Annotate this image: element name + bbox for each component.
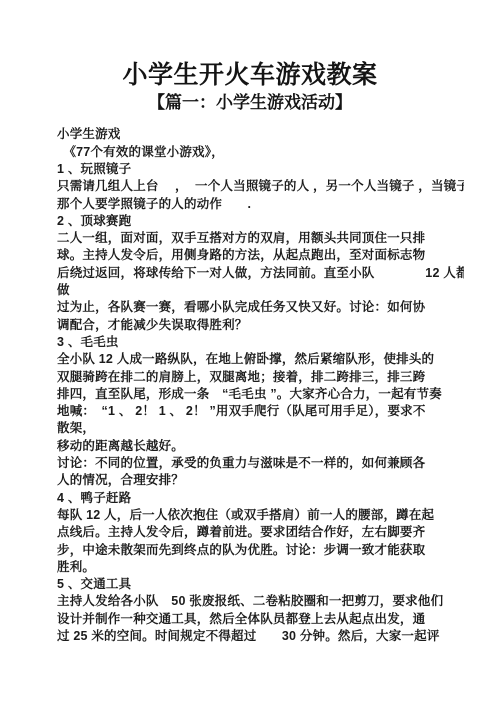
text-line: 过为止，各队赛一赛，看哪小队完成任务又快又好。讨论：如何协	[57, 299, 464, 316]
text-line: 只需请几组人上台 ， 一个人当照镜子的人 ，另一个人当镜子 ，当镜子的	[57, 178, 464, 195]
text-line: 主持人发给各小队 50 张废报纸、二卷粘胶圈和一把剪刀，要求他们	[57, 593, 464, 610]
page-subtitle: 【篇一：小学生游戏活动】	[0, 93, 500, 113]
text-line: 那个人要学照镜子的人的动作 .	[57, 196, 464, 213]
text-line: 后绕过返回，将球传给下一对人做，方法同前。直至小队 12 人都	[57, 265, 464, 282]
text-line: 3 、毛毛虫	[57, 334, 464, 351]
text-line: 全小队 12 人成一路纵队，在地上俯卧撑，然后紧缩队形，使排头的	[57, 351, 464, 368]
text-line: 5 、交通工具	[57, 576, 464, 593]
text-line: 做	[57, 282, 464, 299]
text-line: 排四，直至队尾，形成一条 “毛毛虫 ”。大家齐心合力，一起有节奏	[57, 386, 464, 403]
text-line: 地喊： “1 、 2！ 1 、 2！ ”用双手爬行（队尾可用手足），要求不	[57, 403, 464, 420]
text-line: 双腿骑跨在排二的肩膀上，双腿离地；接着，排二跨排三，排三跨	[57, 369, 464, 386]
document-page: 小学生开火车游戏教案 【篇一：小学生游戏活动】 小学生游戏 《77个有效的课堂小…	[0, 0, 500, 708]
page-title: 小学生开火车游戏教案	[0, 0, 500, 90]
text-line: 小学生游戏	[57, 126, 464, 143]
text-line: 设计并制作一种交通工具，然后全体队员都登上去从起点出发，通	[57, 611, 464, 628]
text-line: 人的情况，合理安排？	[57, 472, 464, 489]
text-line: 胜利。	[57, 559, 464, 576]
text-line: 讨论：不同的位置，承受的负重力与滋味是不一样的，如何兼顾各	[57, 455, 464, 472]
document-body: 小学生游戏 《77个有效的课堂小游戏》，1 、玩照镜子只需请几组人上台 ， 一个…	[0, 126, 500, 645]
text-line: 过 25 米的空间。时间规定不得超过 30 分钟。然后，大家一起评	[57, 628, 464, 645]
text-line: 2 、顶球赛跑	[57, 213, 464, 230]
text-line: 调配合，才能减少失误取得胜利？	[57, 317, 464, 334]
text-line: 球。主持人发令后，用侧身路的方法，从起点跑出，至对面标志物	[57, 247, 464, 264]
text-line: 散架，	[57, 420, 464, 437]
text-line: 1 、玩照镜子	[57, 161, 464, 178]
text-line: 二人一组，面对面，双手互搭对方的双肩，用额头共同顶住一只排	[57, 230, 464, 247]
text-line: 每队 12 人，后一人依次抱住（或双手搭肩）前一人的腰部，蹲在起	[57, 507, 464, 524]
text-line: 《77个有效的课堂小游戏》，	[57, 144, 464, 161]
text-line: 步，中途未散架而先到终点的队为优胜。讨论：步调一致才能获取	[57, 542, 464, 559]
text-line: 移动的距离越长越好。	[57, 438, 464, 455]
text-line: 点线后。主持人发令后，蹲着前进。要求团结合作好，左右脚要齐	[57, 524, 464, 541]
text-line: 4 、鸭子赶路	[57, 490, 464, 507]
